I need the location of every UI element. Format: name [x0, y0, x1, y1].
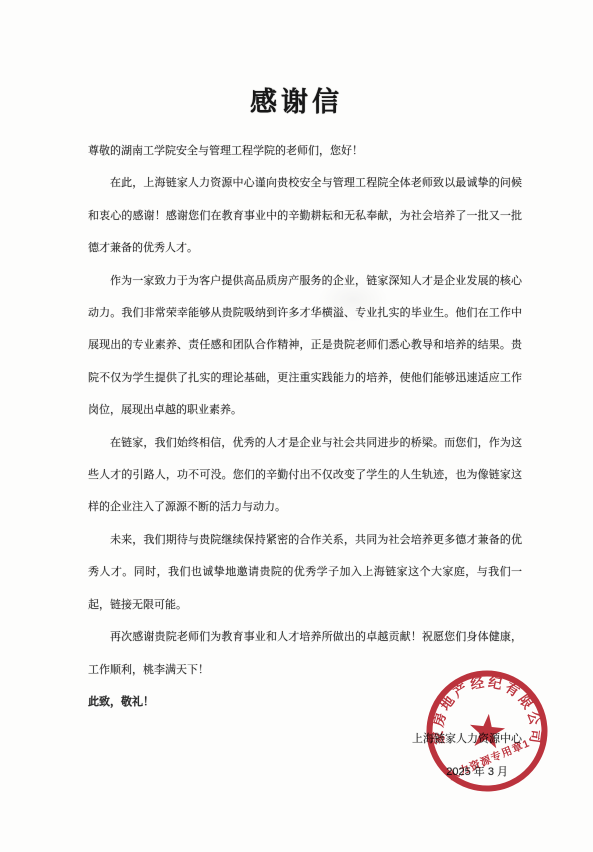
salutation-line: 尊敬的湖南工学院安全与管理工程学院的老师们，您好！ [88, 135, 522, 167]
body-paragraph: 在链家，我们始终相信，优秀的人才是企业与社会共同进步的桥梁。而您们，作为这些人才… [88, 427, 522, 524]
body-paragraph: 未来，我们期待与贵院继续保持紧密的合作关系，共同为社会培养更多德才兼备的优秀人才… [88, 524, 522, 621]
body-paragraph: 在此，上海链家人力资源中心谨向贵校安全与管理工程院全体老师致以最诚挚的问候和衷心… [88, 167, 522, 264]
thank-you-letter-page: 感谢信 尊敬的湖南工学院安全与管理工程学院的老师们，您好！ 在此，上海链家人力资… [0, 0, 593, 852]
page-title: 感谢信 [0, 0, 593, 119]
company-seal-stamp: 家房地产经纪有限公司 ★ 人力资源专用章1 [419, 663, 556, 800]
body-paragraph: 作为一家致力于为客户提供高品质房产服务的企业，链家深知人才是企业发展的核心动力。… [88, 265, 522, 427]
seal-graphic: 家房地产经纪有限公司 ★ 人力资源专用章1 [419, 663, 556, 800]
